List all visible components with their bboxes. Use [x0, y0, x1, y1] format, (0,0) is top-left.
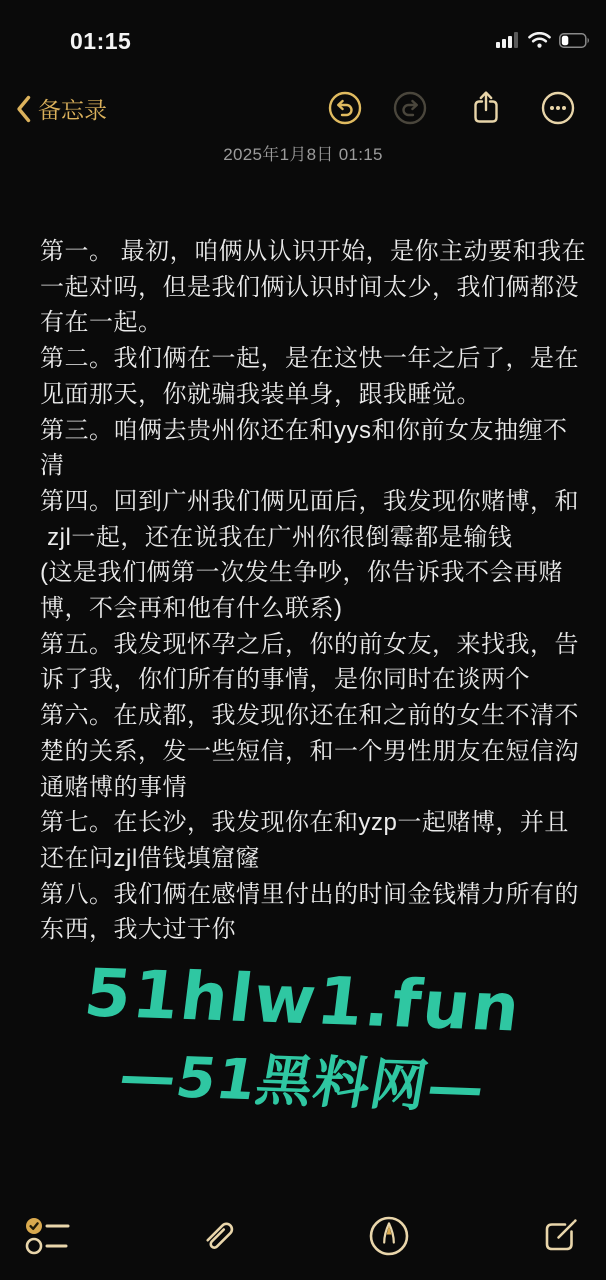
note-text-line: 清 — [40, 448, 586, 484]
redo-button[interactable] — [392, 90, 428, 126]
note-text-line: 第五。我发现怀孕之后，你的前女友，来找我，告 — [40, 627, 586, 663]
note-text-line: 一起对吗，但是我们俩认识时间太少，我们俩都没 — [40, 270, 586, 306]
note-text-line: 第八。我们俩在感情里付出的时间金钱精力所有的 — [40, 877, 586, 913]
note-body[interactable]: 第一。 最初，咱俩从认识开始，是你主动要和我在一起对吗，但是我们俩认识时间太少，… — [40, 234, 586, 948]
note-text-line: 通赌博的事情 — [40, 770, 586, 806]
note-text-line: 有在一起。 — [40, 305, 586, 341]
note-text-line: (这是我们俩第一次发生争吵，你告诉我不会再赌 — [40, 555, 586, 591]
note-text-line: 第三。咱俩去贵州你还在和yys和你前女友抽缠不 — [40, 413, 586, 449]
wifi-icon — [528, 32, 551, 48]
note-text-line: 见面那天，你就骗我装单身，跟我睡觉。 — [40, 377, 586, 413]
battery-icon — [559, 33, 590, 48]
watermark-site-name: —51黑料网— — [114, 1032, 493, 1124]
note-text-line: 还在问zjl借钱填窟窿 — [40, 841, 586, 877]
note-text-line: zjl一起，还在说我在广州你很倒霉都是输钱 — [40, 520, 586, 556]
share-icon[interactable] — [468, 90, 504, 126]
note-text-line: 第四。回到广州我们俩见面后，我发现你赌博，和 — [40, 484, 586, 520]
note-date: 2025年1月8日 01:15 — [0, 140, 606, 165]
checklist-icon[interactable] — [24, 1212, 72, 1260]
status-bar-icons — [496, 32, 590, 48]
note-text-line: 东西，我大过于你 — [40, 912, 586, 948]
note-text-line: 博，不会再和他有什么联系) — [40, 591, 586, 627]
note-text-line: 诉了我，你们所有的事情，是你同时在谈两个 — [40, 662, 586, 698]
note-text-line: 第二。我们俩在一起，是在这快一年之后了，是在 — [40, 341, 586, 377]
bottom-toolbar — [0, 1210, 606, 1262]
compose-icon[interactable] — [536, 1212, 584, 1260]
note-text-line: 楚的关系，发一些短信，和一个男性朋友在短信沟 — [40, 734, 586, 770]
status-bar-time: 01:15 — [70, 28, 131, 55]
paperclip-icon[interactable] — [195, 1212, 243, 1260]
nav-actions — [0, 90, 606, 126]
note-text-line: 第六。在成都，我发现你还在和之前的女生不清不 — [40, 698, 586, 734]
more-icon[interactable] — [540, 90, 576, 126]
note-text-line: 第七。在长沙，我发现你在和yzp一起赌博，并且 — [40, 805, 586, 841]
undo-button[interactable] — [327, 90, 363, 126]
markup-icon[interactable] — [365, 1212, 413, 1260]
note-text-line: 第一。 最初，咱俩从认识开始，是你主动要和我在 — [40, 234, 586, 270]
notes-app-screen: 01:15 — [0, 0, 606, 1280]
cellular-signal-icon — [496, 32, 520, 48]
